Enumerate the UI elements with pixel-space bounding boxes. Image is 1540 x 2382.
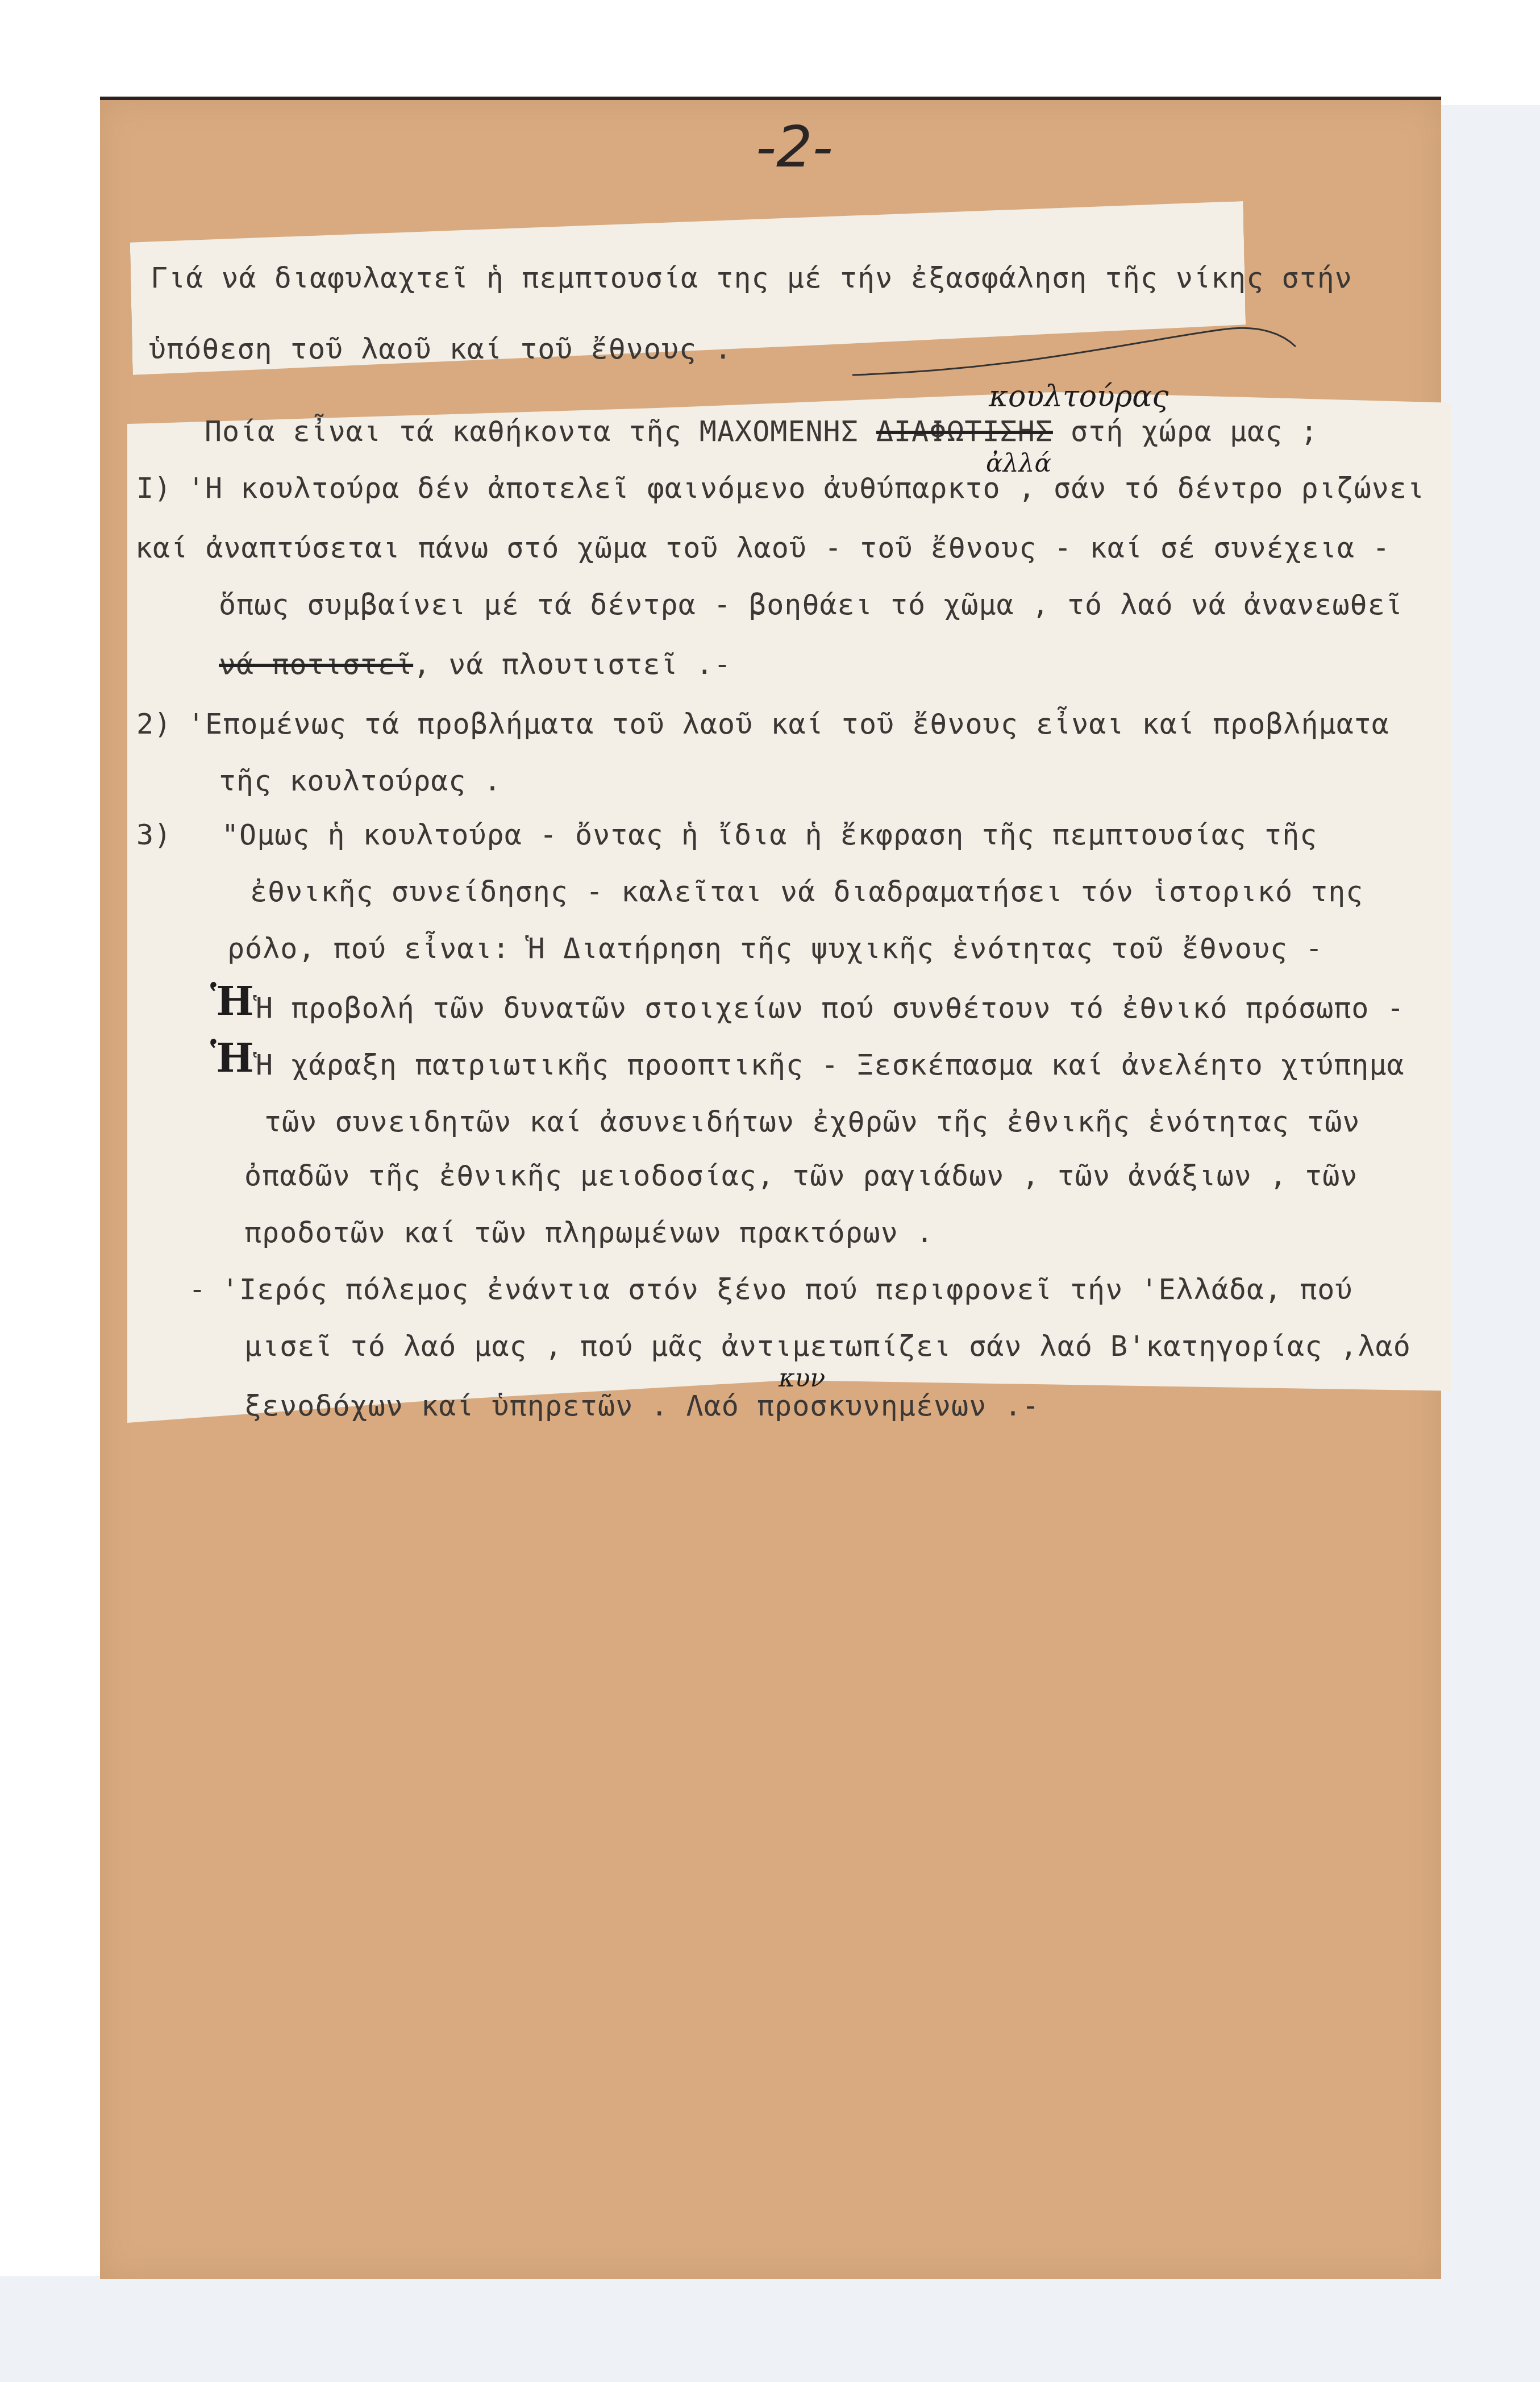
handwritten-correction-koultouras: κουλτούρας — [989, 380, 1168, 414]
item-4-line-3: ξενοδόχων καί ὑπηρετῶν . Λαό προσκυνημέν… — [244, 1389, 1040, 1422]
item-1-number: I) — [136, 472, 172, 505]
item-4-bullet: - — [189, 1273, 206, 1306]
item-3-line-1: "Ομως ἡ κουλτούρα - ὄντας ἡ ἴδια ἡ ἔκφρα… — [222, 818, 1317, 851]
handwritten-eta-mark-2: Ἡ — [210, 1034, 254, 1081]
item-1-line-3: ὅπως συμβαίνει μέ τά δέντρα - βοηθάει τό… — [219, 588, 1403, 621]
item-2-number: 2) — [136, 707, 172, 740]
item-3-line-2: ἐθνικῆς συνείδησης - καλεῖται νά διαδραμ… — [250, 875, 1363, 908]
heading-text-after: στή χώρα μας ; — [1071, 415, 1318, 448]
item-3-number: 3) — [136, 818, 172, 851]
item-3-line-6: τῶν συνειδητῶν καί ἀσυνειδήτων ἐχθρῶν τῆ… — [264, 1105, 1360, 1138]
slip1-line-1: Γιά νά διαφυλαχτεῖ ἡ πεμπτουσία της μέ τ… — [151, 261, 1352, 294]
item-2-line-1: 'Επομένως τά προβλήματα τοῦ λαοῦ καί τοῦ… — [188, 707, 1389, 740]
scanner-background-bottom — [0, 2276, 1540, 2382]
handwritten-eta-mark: Ἡ — [210, 977, 254, 1025]
item-1-line-4: νά ποτιστεῖ, νά πλουτιστεῖ .- — [219, 648, 731, 681]
item-3-line-8: προδοτῶν καί τῶν πληρωμένων πρακτόρων . — [244, 1216, 934, 1249]
heading-struck-word: ΔΙΑΦΩΤΙΣΗΣ — [876, 415, 1053, 448]
item-1-line-2: καί ἀναπτύσεται πάνω στό χῶμα τοῦ λαοῦ -… — [135, 531, 1390, 564]
heading-text-before: Ποία εἶναι τά καθήκοντα τῆς ΜΑΧΟΜΕΝΗΣ — [205, 415, 859, 448]
item-4-line-2: μισεῖ τό λαό μας , πού μᾶς ἀντιμετωπίζει… — [244, 1330, 1411, 1363]
item-3-line-4: Ἡ προβολή τῶν δυνατῶν στοιχείων πού συνθ… — [256, 992, 1405, 1025]
item-3-line-3: ρόλο, πού εἶναι: Ἡ Διατήρηση τῆς ψυχικῆς… — [227, 932, 1323, 965]
item-4-line-1: 'Ιερός πόλεμος ἐνάντια στόν ξένο πού περ… — [222, 1273, 1353, 1306]
slip1-line-2: ὑπόθεση τοῦ λαοῦ καί τοῦ ἔθνους . — [149, 332, 732, 365]
item-3-line-5: Ἡ χάραξη πατριωτικῆς προοπτικῆς - Ξεσκέπ… — [256, 1048, 1405, 1081]
item-3-line-7: ὀπαδῶν τῆς ἐθνικῆς μειοδοσίας, τῶν ραγιά… — [244, 1159, 1358, 1192]
hand-drawn-curve — [852, 318, 1364, 386]
item-1-line-1: 'Η κουλτούρα δέν ἀποτελεῖ φαινόμενο ἀυθύ… — [188, 472, 1425, 505]
item-1-line-4-text: , νά πλουτιστεῖ .- — [413, 648, 731, 681]
scanner-background-right — [1441, 105, 1540, 2382]
heading-line: Ποία εἶναι τά καθήκοντα τῆς ΜΑΧΟΜΕΝΗΣ ΔΙ… — [205, 415, 1318, 448]
item-2-line-2: τῆς κουλτούρας . — [219, 764, 502, 797]
handwritten-correction-kyn: κυν — [779, 1364, 825, 1393]
struck-phrase: νά ποτιστεῖ — [219, 648, 413, 681]
page-number: -2- — [756, 114, 833, 180]
